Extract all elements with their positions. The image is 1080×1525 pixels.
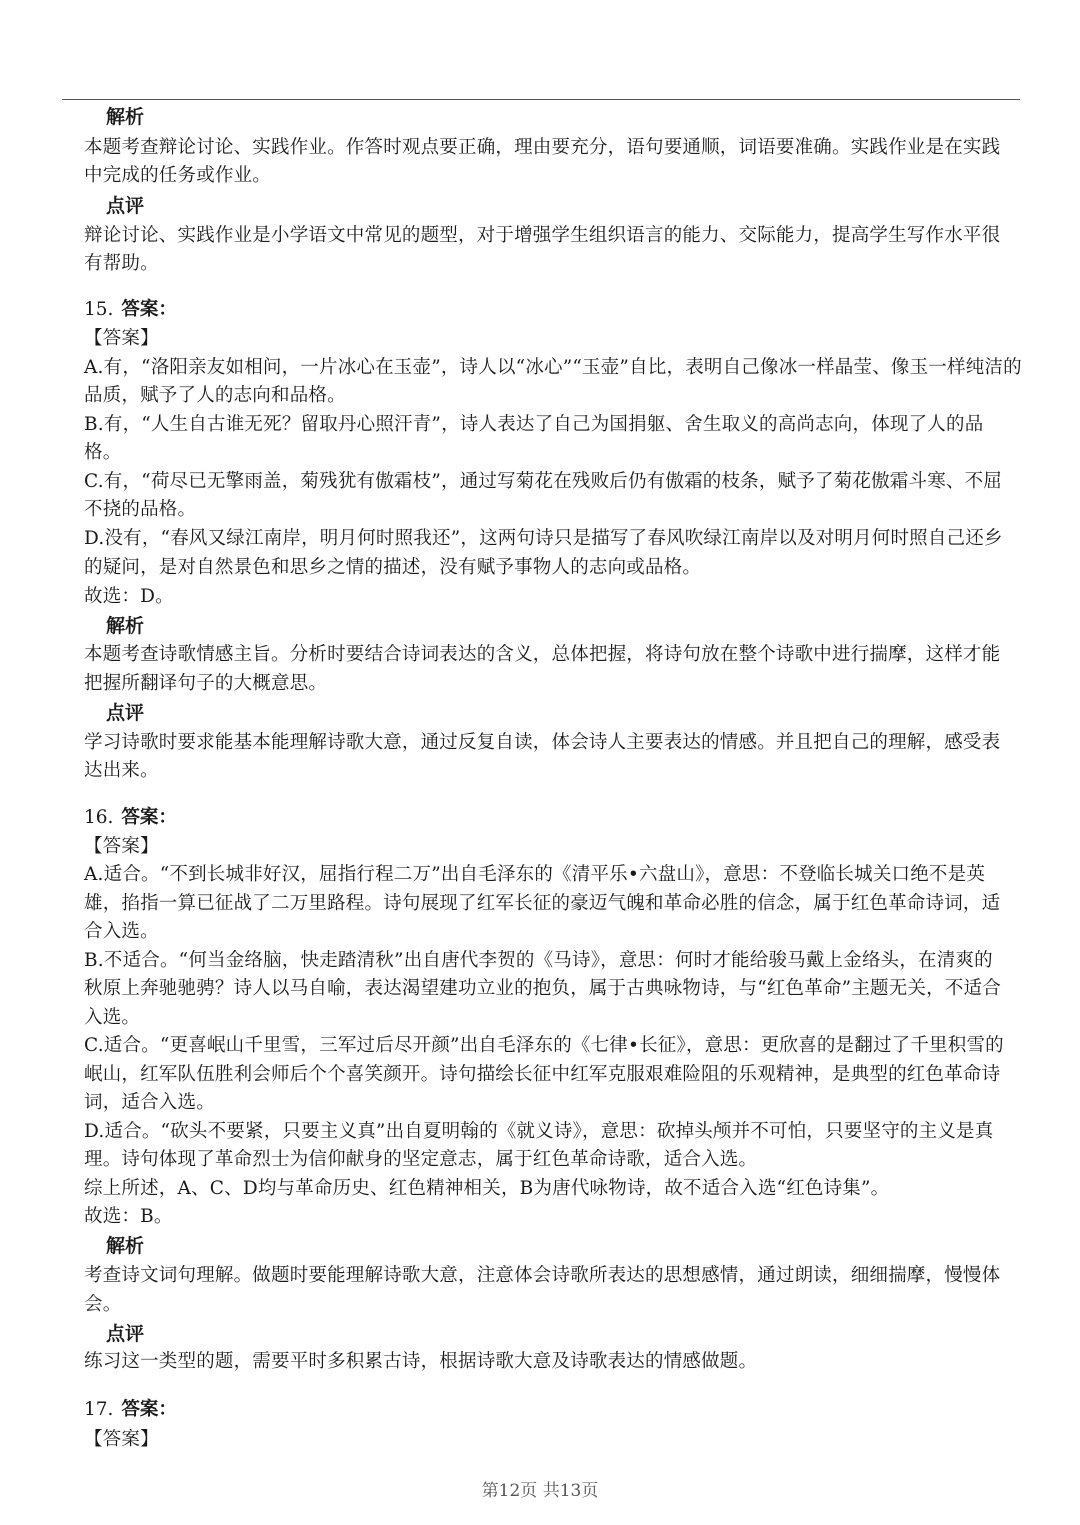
answer-text: 不挠的品格。 (84, 496, 196, 524)
comment-text: 辩论讨论、实践作业是小学语文中常见的题型，对于增强学生组织语言的能力、交际能力，… (84, 222, 1000, 250)
answer-text: 岷山，红军队伍胜利会师后个个喜笑颜开。诗句描绘长征中红军克服艰难险阻的乐观精神，… (84, 1061, 1000, 1089)
answer-text: 入选。 (84, 1004, 140, 1032)
answer-text: 词，适合入选。 (84, 1089, 215, 1117)
analysis-text: 把握所翻译句子的大概意思。 (84, 670, 327, 698)
comment-text: 有帮助。 (84, 250, 159, 278)
answer-summary: 综上所述，A、C、D均与革命历史、红色精神相关，B为唐代咏物诗，故不适合入选“红… (84, 1175, 889, 1203)
answer-text: 的疑问，是对自然景色和思乡之情的描述，没有赋予事物人的志向或品格。 (84, 554, 701, 582)
answer-text: D.没有，“春风又绿江南岸，明月何时照我还”，这两句诗只是描写了春风吹绿江南岸以… (84, 525, 1003, 553)
answer-text: C.适合。“更喜岷山千里雪，三军过后尽开颜”出自毛泽东的《七律•长征》，意思：更… (84, 1032, 1004, 1060)
answer-label: 【答案】 (84, 325, 159, 353)
answer-text: A.有，“洛阳亲友如相问，一片冰心在玉壶”，诗人以“冰心”“玉壶”自比，表明自己… (84, 354, 1022, 382)
analysis-heading: 解析 (106, 612, 144, 640)
answer-label: 【答案】 (84, 833, 159, 861)
comment-text: 练习这一类型的题，需要平时多积累古诗，根据诗歌大意及诗歌表达的情感做题。 (84, 1348, 757, 1376)
comment-text: 达出来。 (84, 757, 159, 785)
comment-heading: 点评 (106, 192, 144, 220)
answer-text: 秋原上奔驰驰骋？诗人以马自喻，表达渴望建功立业的抱负，属于古典咏物诗，与“红色革… (84, 975, 1001, 1003)
answer-text: 理。诗句体现了革命烈士为信仰献身的坚定意志，属于红色革命诗歌，适合入选。 (84, 1146, 757, 1174)
answer-text: 格。 (84, 439, 121, 467)
answer-text: B.不适合。“何当金络脑，快走踏清秋”出自唐代李贺的《马诗》，意思：何时才能给骏… (84, 947, 993, 975)
analysis-text: 会。 (84, 1291, 121, 1319)
answer-choice: 故选：D。 (84, 583, 174, 611)
answer-text: B.有，“人生自古谁无死？留取丹心照汗青”，诗人表达了自己为国捐躯、舍生取义的高… (84, 411, 983, 439)
comment-heading: 点评 (106, 699, 144, 727)
comment-heading: 点评 (106, 1320, 144, 1348)
answer-text: 合入选。 (84, 918, 159, 946)
answer-choice: 故选：B。 (84, 1203, 173, 1231)
answer-text: C.有，“荷尽已无擎雨盖，菊残犹有傲霜枝”，通过写菊花在残败后仍有傲霜的枝条，赋… (84, 468, 1002, 496)
answer-text: 品质，赋予了人的志向和品格。 (84, 382, 346, 410)
question-17-heading: 17.答案： (84, 1396, 177, 1424)
header-rule (62, 99, 1020, 100)
question-15-heading: 15.答案： (84, 296, 177, 324)
analysis-heading: 解析 (106, 103, 144, 131)
analysis-text: 本题考查诗歌情感主旨。分析时要结合诗词表达的含义，总体把握，将诗句放在整个诗歌中… (84, 641, 1000, 669)
answer-text: D.适合。“砍头不要紧，只要主义真”出自夏明翰的《就义诗》，意思：砍掉头颅并不可… (84, 1118, 993, 1146)
analysis-text: 本题考查辩论讨论、实践作业。作答时观点要正确，理由要充分，语句要通顺，词语要准确… (84, 134, 1000, 162)
answer-text: A.适合。“不到长城非好汉，屈指行程二万”出自毛泽东的《清平乐•六盘山》，意思：… (84, 861, 985, 889)
question-16-heading: 16.答案： (84, 804, 177, 832)
analysis-heading: 解析 (106, 1232, 144, 1260)
comment-text: 学习诗歌时要求能基本能理解诗歌大意，通过反复自读，体会诗人主要表达的情感。并且把… (84, 729, 1000, 757)
answer-text: 雄，掐指一算已征战了二万里路程。诗句展现了红军长征的豪迈气魄和革命必胜的信念，属… (84, 890, 1000, 918)
analysis-text: 考查诗文词句理解。做题时要能理解诗歌大意，注意体会诗歌所表达的思想感情，通过朗读… (84, 1262, 1000, 1290)
page-footer: 第12页 共13页 (0, 1476, 1080, 1501)
answer-label: 【答案】 (84, 1426, 159, 1454)
analysis-text: 中完成的任务或作业。 (84, 162, 271, 190)
